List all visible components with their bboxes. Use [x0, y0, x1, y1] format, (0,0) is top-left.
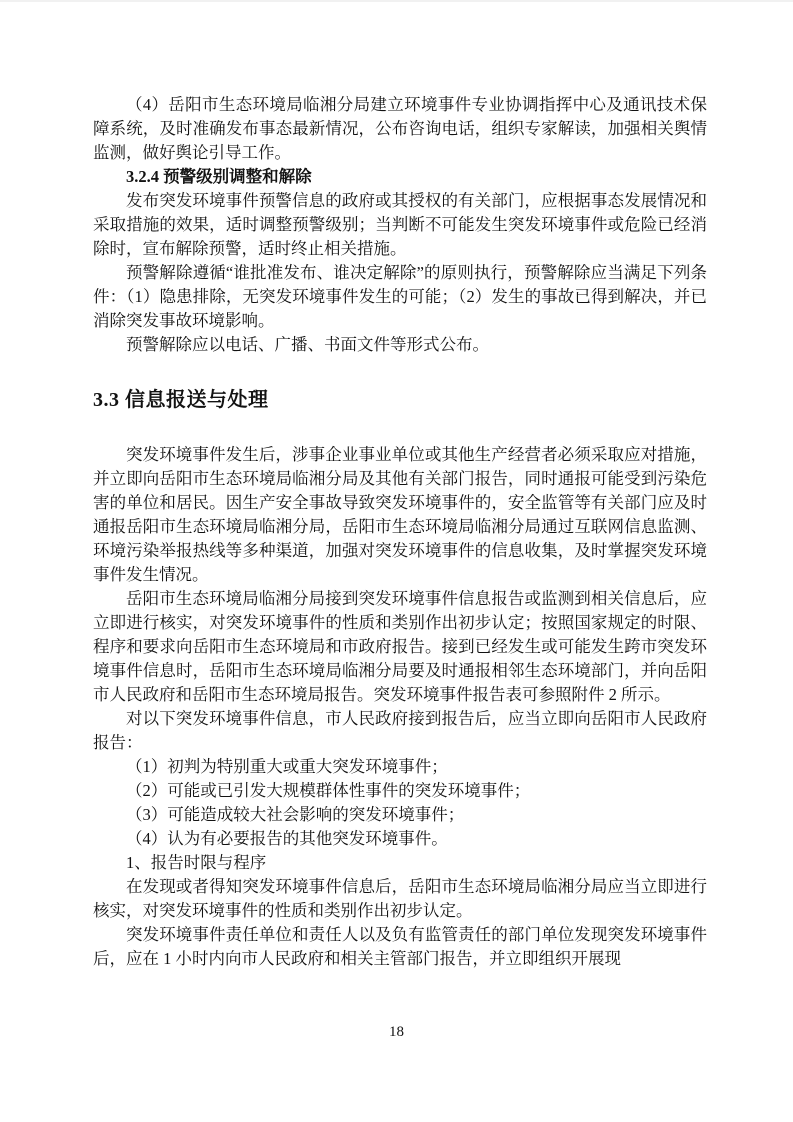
paragraph-one-hour-reporting: 突发环境事件责任单位和责任人以及负有监管责任的部门单位发现突发环境事件后，应在 …: [93, 923, 707, 971]
list-item-4-other-incidents: （4）认为有必要报告的其他突发环境事件。: [93, 827, 707, 851]
paragraph-incident-reporting-duty: 突发环境事件发生后，涉事企业事业单位或其他生产经营者必须采取应对措施，并立即向岳…: [93, 443, 707, 587]
paragraph-warning-release-forms: 预警解除应以电话、广播、书面文件等形式公布。: [93, 333, 707, 357]
list-item-1-major-incident: （1）初判为特别重大或重大突发环境事件；: [93, 755, 707, 779]
list-item-2-mass-incident: （2）可能或已引发大规模群体性事件的突发环境事件；: [93, 779, 707, 803]
page-number: 18: [0, 1021, 793, 1043]
heading-3-3-information-reporting: 3.3 信息报送与处理: [93, 386, 707, 414]
paragraph-coordination-center: （4）岳阳市生态环境局临湘分局建立环境事件专业协调指挥中心及通讯技术保障系统，及…: [93, 93, 707, 165]
paragraph-report-to-city-government-intro: 对以下突发环境事件信息，市人民政府接到报告后，应当立即向岳阳市人民政府报告：: [93, 707, 707, 755]
paragraph-warning-release-conditions: 预警解除遵循“谁批准发布、谁决定解除”的原则执行，预警解除应当满足下列条件：（1…: [93, 261, 707, 333]
page-content: （4）岳阳市生态环境局临湘分局建立环境事件专业协调指挥中心及通讯技术保障系统，及…: [93, 93, 707, 971]
list-item-3-social-impact: （3）可能造成较大社会影响的突发环境事件；: [93, 803, 707, 827]
paragraph-bureau-verification-reporting: 岳阳市生态环境局临湘分局接到突发环境事件信息报告或监测到相关信息后，应立即进行核…: [93, 587, 707, 707]
document-page: （4）岳阳市生态环境局临湘分局建立环境事件专业协调指挥中心及通讯技术保障系统，及…: [0, 0, 793, 1122]
paragraph-warning-level-adjust: 发布突发环境事件预警信息的政府或其授权的有关部门，应根据事态发展情况和采取措施的…: [93, 189, 707, 261]
paragraph-initial-verification: 在发现或者得知突发环境事件信息后，岳阳市生态环境局临湘分局应当立即进行核实，对突…: [93, 875, 707, 923]
heading-3-2-4-warning-adjust-release: 3.2.4 预警级别调整和解除: [93, 165, 707, 189]
subheading-report-time-limit-procedure: 1、报告时限与程序: [93, 851, 707, 875]
